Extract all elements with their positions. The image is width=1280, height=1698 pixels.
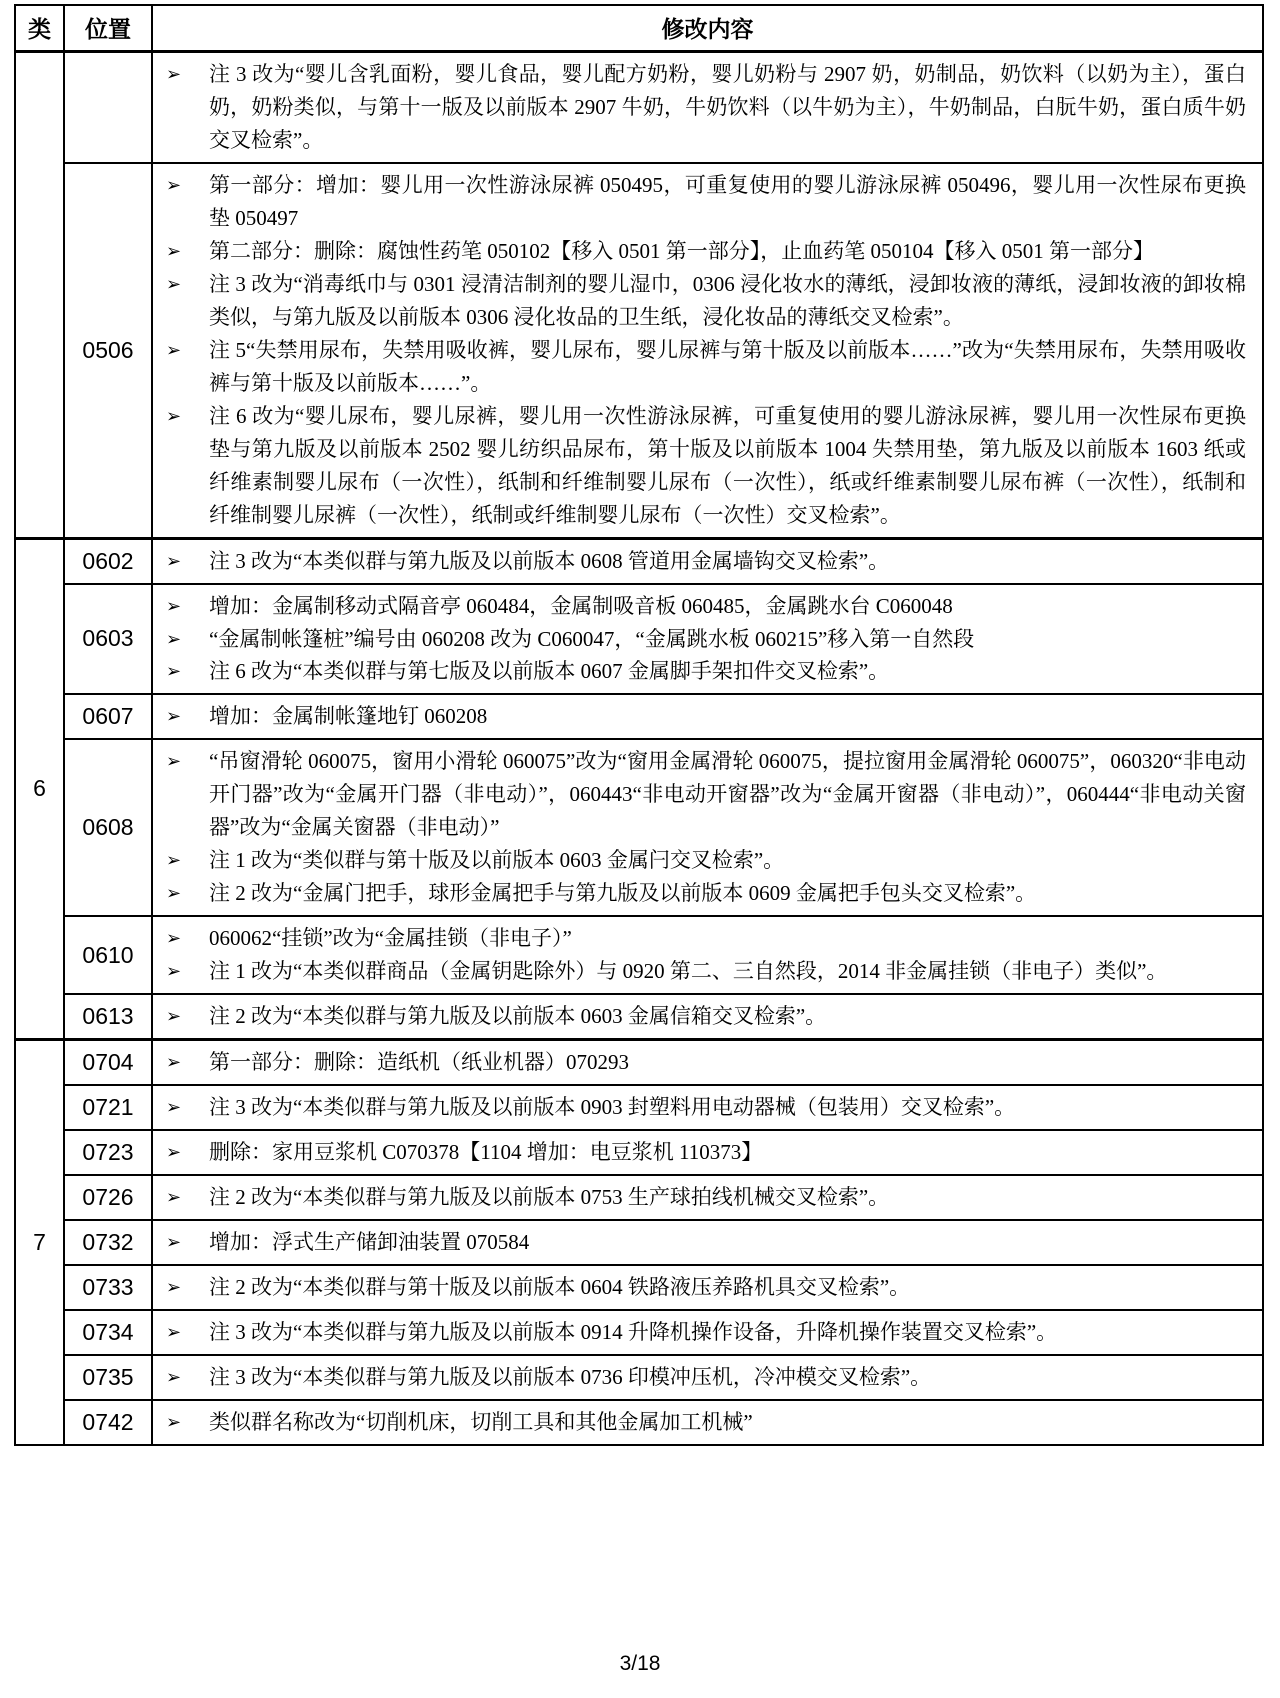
arrow-bullet-icon: ➢ — [166, 59, 181, 91]
table-row: 6 0602 ➢注 3 改为“本类似群与第九版及以前版本 0608 管道用金属墙… — [15, 538, 1263, 583]
table-row: ➢注 3 改为“婴儿含乳面粉，婴儿食品，婴儿配方奶粉，婴儿奶粉与 2907 奶，… — [15, 52, 1263, 163]
modification-text: 注 3 改为“本类似群与第九版及以前版本 0736 印模冲压机，冷冲模交叉检索”… — [209, 1365, 931, 1389]
content-cell: ➢注 2 改为“本类似群与第九版及以前版本 0753 生产球拍线机械交叉检索”。 — [152, 1175, 1263, 1220]
modification-text: 注 2 改为“本类似群与第九版及以前版本 0753 生产球拍线机械交叉检索”。 — [209, 1185, 889, 1209]
position-cell: 0742 — [64, 1400, 152, 1445]
position-cell: 0607 — [64, 694, 152, 739]
arrow-bullet-icon: ➢ — [166, 1001, 181, 1033]
arrow-bullet-icon: ➢ — [166, 701, 181, 733]
table-row: 7 0704 ➢第一部分：删除：造纸机（纸业机器）070293 — [15, 1040, 1263, 1085]
class-cell — [15, 52, 64, 539]
document-page: 类 位置 修改内容 ➢注 3 改为“婴儿含乳面粉，婴儿食品，婴儿配方奶粉，婴儿奶… — [0, 0, 1280, 1446]
table-row: 0506 ➢第一部分：增加：婴儿用一次性游泳尿裤 050495，可重复使用的婴儿… — [15, 163, 1263, 538]
content-cell: ➢注 2 改为“本类似群与第九版及以前版本 0603 金属信箱交叉检索”。 — [152, 994, 1263, 1039]
modification-text: 删除：家用豆浆机 C070378【1104 增加：电豆浆机 110373】 — [209, 1140, 762, 1164]
modification-text: 注 3 改为“本类似群与第九版及以前版本 0608 管道用金属墙钩交叉检索”。 — [209, 549, 889, 573]
content-cell: ➢增加：金属制移动式隔音亭 060484，金属制吸音板 060485，金属跳水台… — [152, 584, 1263, 695]
position-cell — [64, 52, 152, 163]
modification-text: 第一部分：删除：造纸机（纸业机器）070293 — [209, 1050, 629, 1074]
content-cell: ➢删除：家用豆浆机 C070378【1104 增加：电豆浆机 110373】 — [152, 1130, 1263, 1175]
position-cell: 0732 — [64, 1220, 152, 1265]
header-content: 修改内容 — [152, 5, 1263, 52]
content-cell: ➢类似群名称改为“切削机床，切削工具和其他金属加工机械” — [152, 1400, 1263, 1445]
table-row: 0733 ➢注 2 改为“本类似群与第十版及以前版本 0604 铁路液压养路机具… — [15, 1265, 1263, 1310]
arrow-bullet-icon: ➢ — [166, 269, 181, 301]
header-position: 位置 — [64, 5, 152, 52]
arrow-bullet-icon: ➢ — [166, 335, 181, 367]
arrow-bullet-icon: ➢ — [166, 1047, 181, 1079]
modification-text: 增加：金属制移动式隔音亭 060484，金属制吸音板 060485，金属跳水台 … — [209, 594, 953, 618]
table-row: 0723 ➢删除：家用豆浆机 C070378【1104 增加：电豆浆机 1103… — [15, 1130, 1263, 1175]
modification-item: ➢第一部分：删除：造纸机（纸业机器）070293 — [153, 1046, 1246, 1079]
modification-item: ➢增加：金属制帐篷地钉 060208 — [153, 700, 1246, 733]
position-cell: 0608 — [64, 739, 152, 916]
modification-item: ➢注 1 改为“类似群与第十版及以前版本 0603 金属闩交叉检索”。 — [153, 844, 1246, 877]
modification-item: ➢“金属制帐篷桩”编号由 060208 改为 C060047，“金属跳水板 06… — [153, 623, 1246, 656]
table-row: 0613 ➢注 2 改为“本类似群与第九版及以前版本 0603 金属信箱交叉检索… — [15, 994, 1263, 1039]
content-cell: ➢注 2 改为“本类似群与第十版及以前版本 0604 铁路液压养路机具交叉检索”… — [152, 1265, 1263, 1310]
modification-text: 注 3 改为“本类似群与第九版及以前版本 0903 封塑料用电动器械（包装用）交… — [209, 1095, 1015, 1119]
modification-text: 类似群名称改为“切削机床，切削工具和其他金属加工机械” — [209, 1410, 753, 1434]
position-cell: 0723 — [64, 1130, 152, 1175]
arrow-bullet-icon: ➢ — [166, 401, 181, 433]
arrow-bullet-icon: ➢ — [166, 1272, 181, 1304]
modification-text: 增加：浮式生产储卸油装置 070584 — [209, 1230, 529, 1254]
modification-item: ➢增加：金属制移动式隔音亭 060484，金属制吸音板 060485，金属跳水台… — [153, 590, 1246, 623]
position-cell: 0613 — [64, 994, 152, 1039]
modification-text: 060062“挂锁”改为“金属挂锁（非电子）” — [209, 926, 572, 950]
table-row: 0735 ➢注 3 改为“本类似群与第九版及以前版本 0736 印模冲压机，冷冲… — [15, 1355, 1263, 1400]
position-cell: 0735 — [64, 1355, 152, 1400]
content-cell: ➢第一部分：删除：造纸机（纸业机器）070293 — [152, 1040, 1263, 1085]
modification-text: 注 6 改为“婴儿尿布，婴儿尿裤，婴儿用一次性游泳尿裤，可重复使用的婴儿游泳尿裤… — [209, 404, 1246, 527]
modification-text: 注 2 改为“本类似群与第九版及以前版本 0603 金属信箱交叉检索”。 — [209, 1004, 826, 1028]
modification-text: 第二部分：删除：腐蚀性药笔 050102【移入 0501 第一部分】，止血药笔 … — [209, 239, 1154, 263]
modification-item: ➢删除：家用豆浆机 C070378【1104 增加：电豆浆机 110373】 — [153, 1136, 1246, 1169]
class-cell: 6 — [15, 538, 64, 1040]
modification-item: ➢注 3 改为“本类似群与第九版及以前版本 0914 升降机操作设备，升降机操作… — [153, 1316, 1246, 1349]
position-cell: 0506 — [64, 163, 152, 538]
table-row: 0603 ➢增加：金属制移动式隔音亭 060484，金属制吸音板 060485，… — [15, 584, 1263, 695]
modification-text: 注 1 改为“类似群与第十版及以前版本 0603 金属闩交叉检索”。 — [209, 848, 784, 872]
arrow-bullet-icon: ➢ — [166, 170, 181, 202]
table-row: 0610 ➢060062“挂锁”改为“金属挂锁（非电子）” ➢注 1 改为“本类… — [15, 916, 1263, 994]
modification-item: ➢第二部分：删除：腐蚀性药笔 050102【移入 0501 第一部分】，止血药笔… — [153, 235, 1246, 268]
position-cell: 0734 — [64, 1310, 152, 1355]
table-row: 0732 ➢增加：浮式生产储卸油装置 070584 — [15, 1220, 1263, 1265]
position-cell: 0721 — [64, 1085, 152, 1130]
table-row: 0721 ➢注 3 改为“本类似群与第九版及以前版本 0903 封塑料用电动器械… — [15, 1085, 1263, 1130]
modification-item: ➢注 6 改为“婴儿尿布，婴儿尿裤，婴儿用一次性游泳尿裤，可重复使用的婴儿游泳尿… — [153, 400, 1246, 532]
modification-text: “吊窗滑轮 060075，窗用小滑轮 060075”改为“窗用金属滑轮 0600… — [209, 749, 1246, 839]
arrow-bullet-icon: ➢ — [166, 746, 181, 778]
arrow-bullet-icon: ➢ — [166, 956, 181, 988]
content-cell: ➢注 3 改为“本类似群与第九版及以前版本 0903 封塑料用电动器械（包装用）… — [152, 1085, 1263, 1130]
content-cell: ➢增加：浮式生产储卸油装置 070584 — [152, 1220, 1263, 1265]
modification-text: 注 5“失禁用尿布，失禁用吸收裤，婴儿尿布，婴儿尿裤与第十版及以前版本……”改为… — [209, 338, 1246, 395]
arrow-bullet-icon: ➢ — [166, 591, 181, 623]
content-cell: ➢注 3 改为“本类似群与第九版及以前版本 0914 升降机操作设备，升降机操作… — [152, 1310, 1263, 1355]
modification-item: ➢注 2 改为“本类似群与第九版及以前版本 0753 生产球拍线机械交叉检索”。 — [153, 1181, 1246, 1214]
content-cell: ➢“吊窗滑轮 060075，窗用小滑轮 060075”改为“窗用金属滑轮 060… — [152, 739, 1263, 916]
arrow-bullet-icon: ➢ — [166, 923, 181, 955]
arrow-bullet-icon: ➢ — [166, 546, 181, 578]
modification-text: 注 1 改为“本类似群商品（金属钥匙除外）与 0920 第二、三自然段，2014… — [209, 959, 1167, 983]
arrow-bullet-icon: ➢ — [166, 1137, 181, 1169]
modification-text: 第一部分：增加：婴儿用一次性游泳尿裤 050495，可重复使用的婴儿游泳尿裤 0… — [209, 173, 1246, 230]
modification-item: ➢第一部分：增加：婴儿用一次性游泳尿裤 050495，可重复使用的婴儿游泳尿裤 … — [153, 169, 1246, 235]
modification-item: ➢注 5“失禁用尿布，失禁用吸收裤，婴儿尿布，婴儿尿裤与第十版及以前版本……”改… — [153, 334, 1246, 400]
table-row: 0607 ➢增加：金属制帐篷地钉 060208 — [15, 694, 1263, 739]
table-header-row: 类 位置 修改内容 — [15, 5, 1263, 52]
modification-text: 注 2 改为“本类似群与第十版及以前版本 0604 铁路液压养路机具交叉检索”。 — [209, 1275, 910, 1299]
class-cell: 7 — [15, 1040, 64, 1445]
content-cell: ➢注 3 改为“本类似群与第九版及以前版本 0608 管道用金属墙钩交叉检索”。 — [152, 538, 1263, 583]
modification-item: ➢类似群名称改为“切削机床，切削工具和其他金属加工机械” — [153, 1406, 1246, 1439]
arrow-bullet-icon: ➢ — [166, 845, 181, 877]
header-class: 类 — [15, 5, 64, 52]
modification-text: 增加：金属制帐篷地钉 060208 — [209, 704, 487, 728]
arrow-bullet-icon: ➢ — [166, 1227, 181, 1259]
arrow-bullet-icon: ➢ — [166, 878, 181, 910]
modification-text: 注 3 改为“婴儿含乳面粉，婴儿食品，婴儿配方奶粉，婴儿奶粉与 2907 奶，奶… — [209, 62, 1246, 152]
modification-table: 类 位置 修改内容 ➢注 3 改为“婴儿含乳面粉，婴儿食品，婴儿配方奶粉，婴儿奶… — [14, 4, 1264, 1446]
table-row: 0726 ➢注 2 改为“本类似群与第九版及以前版本 0753 生产球拍线机械交… — [15, 1175, 1263, 1220]
modification-item: ➢注 3 改为“本类似群与第九版及以前版本 0903 封塑料用电动器械（包装用）… — [153, 1091, 1246, 1124]
arrow-bullet-icon: ➢ — [166, 1092, 181, 1124]
modification-item: ➢注 2 改为“金属门把手，球形金属把手与第九版及以前版本 0609 金属把手包… — [153, 877, 1246, 910]
modification-item: ➢增加：浮式生产储卸油装置 070584 — [153, 1226, 1246, 1259]
modification-item: ➢注 3 改为“本类似群与第九版及以前版本 0736 印模冲压机，冷冲模交叉检索… — [153, 1361, 1246, 1394]
modification-item: ➢注 3 改为“婴儿含乳面粉，婴儿食品，婴儿配方奶粉，婴儿奶粉与 2907 奶，… — [153, 58, 1246, 157]
arrow-bullet-icon: ➢ — [166, 624, 181, 656]
content-cell: ➢注 3 改为“本类似群与第九版及以前版本 0736 印模冲压机，冷冲模交叉检索… — [152, 1355, 1263, 1400]
arrow-bullet-icon: ➢ — [166, 1407, 181, 1439]
arrow-bullet-icon: ➢ — [166, 1362, 181, 1394]
table-row: 0742 ➢类似群名称改为“切削机床，切削工具和其他金属加工机械” — [15, 1400, 1263, 1445]
modification-item: ➢注 1 改为“本类似群商品（金属钥匙除外）与 0920 第二、三自然段，201… — [153, 955, 1246, 988]
content-cell: ➢060062“挂锁”改为“金属挂锁（非电子）” ➢注 1 改为“本类似群商品（… — [152, 916, 1263, 994]
modification-text: 注 3 改为“本类似群与第九版及以前版本 0914 升降机操作设备，升降机操作装… — [209, 1320, 1057, 1344]
position-cell: 0733 — [64, 1265, 152, 1310]
table-row: 0734 ➢注 3 改为“本类似群与第九版及以前版本 0914 升降机操作设备，… — [15, 1310, 1263, 1355]
position-cell: 0602 — [64, 538, 152, 583]
page-number: 3/18 — [0, 1652, 1280, 1676]
modification-item: ➢注 2 改为“本类似群与第十版及以前版本 0604 铁路液压养路机具交叉检索”… — [153, 1271, 1246, 1304]
arrow-bullet-icon: ➢ — [166, 656, 181, 688]
modification-item: ➢注 3 改为“消毒纸巾与 0301 浸清洁制剂的婴儿湿巾，0306 浸化妆水的… — [153, 268, 1246, 334]
position-cell: 0610 — [64, 916, 152, 994]
modification-item: ➢060062“挂锁”改为“金属挂锁（非电子）” — [153, 922, 1246, 955]
modification-text: “金属制帐篷桩”编号由 060208 改为 C060047，“金属跳水板 060… — [209, 627, 974, 651]
modification-item: ➢注 3 改为“本类似群与第九版及以前版本 0608 管道用金属墙钩交叉检索”。 — [153, 545, 1246, 578]
arrow-bullet-icon: ➢ — [166, 236, 181, 268]
modification-item: ➢注 2 改为“本类似群与第九版及以前版本 0603 金属信箱交叉检索”。 — [153, 1000, 1246, 1033]
content-cell: ➢注 3 改为“婴儿含乳面粉，婴儿食品，婴儿配方奶粉，婴儿奶粉与 2907 奶，… — [152, 52, 1263, 163]
modification-text: 注 2 改为“金属门把手，球形金属把手与第九版及以前版本 0609 金属把手包头… — [209, 881, 1036, 905]
position-cell: 0603 — [64, 584, 152, 695]
content-cell: ➢增加：金属制帐篷地钉 060208 — [152, 694, 1263, 739]
modification-item: ➢“吊窗滑轮 060075，窗用小滑轮 060075”改为“窗用金属滑轮 060… — [153, 745, 1246, 844]
modification-item: ➢注 6 改为“本类似群与第七版及以前版本 0607 金属脚手架扣件交叉检索”。 — [153, 655, 1246, 688]
position-cell: 0704 — [64, 1040, 152, 1085]
modification-text: 注 3 改为“消毒纸巾与 0301 浸清洁制剂的婴儿湿巾，0306 浸化妆水的薄… — [209, 272, 1246, 329]
arrow-bullet-icon: ➢ — [166, 1182, 181, 1214]
modification-text: 注 6 改为“本类似群与第七版及以前版本 0607 金属脚手架扣件交叉检索”。 — [209, 659, 889, 683]
position-cell: 0726 — [64, 1175, 152, 1220]
content-cell: ➢第一部分：增加：婴儿用一次性游泳尿裤 050495，可重复使用的婴儿游泳尿裤 … — [152, 163, 1263, 538]
arrow-bullet-icon: ➢ — [166, 1317, 181, 1349]
table-row: 0608 ➢“吊窗滑轮 060075，窗用小滑轮 060075”改为“窗用金属滑… — [15, 739, 1263, 916]
